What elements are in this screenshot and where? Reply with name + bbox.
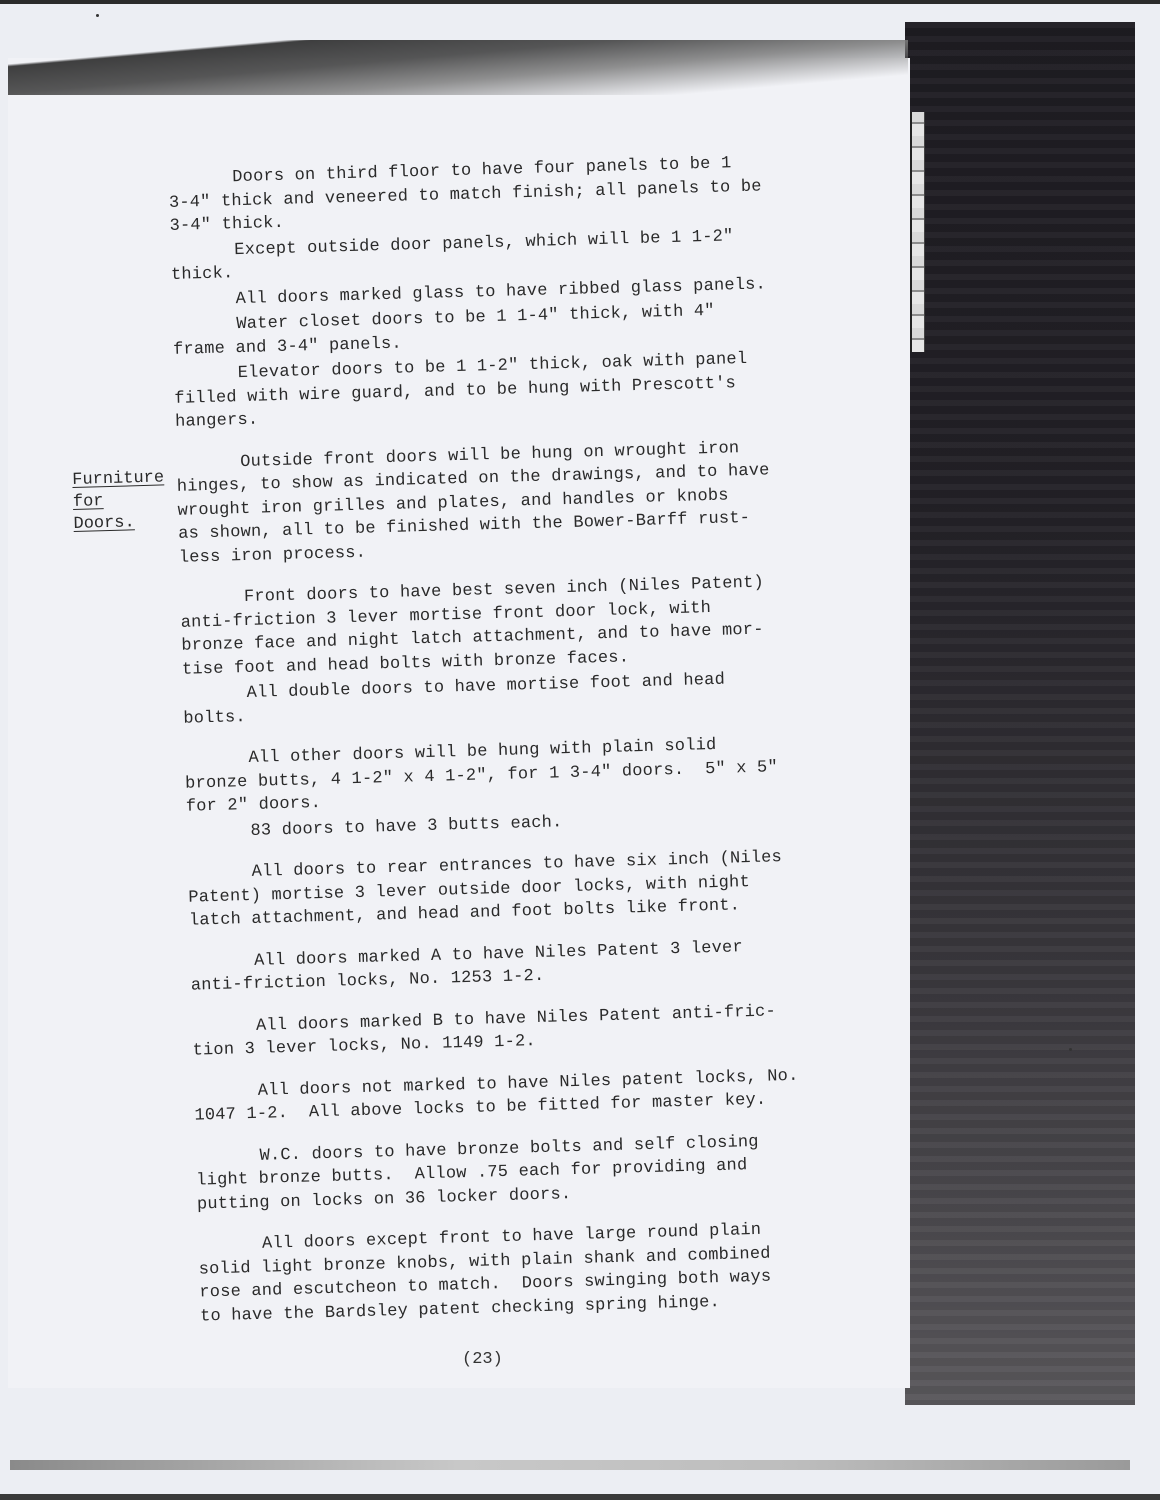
margin-heading-line: for [73,489,165,514]
paragraph-front-doors-lock: Front doors to have best seven inch (Nil… [180,568,882,682]
paragraph-marked-b: All doors marked B to have Niles Patent … [192,997,893,1064]
document-body: Doors on third floor to have four panels… [168,148,901,1346]
scan-edge-shadow [8,40,908,95]
paragraph-outside-front: Outside front doors will be hung on wrou… [176,433,879,570]
paragraph-wc-doors: W.C. doors to have bronze bolts and self… [195,1127,897,1217]
scan-speck [1069,1048,1072,1051]
scan-frame-bottom [0,1494,1160,1500]
paragraph-not-marked: All doors not marked to have Niles paten… [194,1062,895,1129]
paragraph-marked-a: All doors marked A to have Niles Patent … [190,932,891,999]
scan-speck [96,14,99,17]
page-number: (23) [462,1350,503,1369]
scan-edge-shadow-bottom [10,1460,1130,1470]
paragraph-rear-entrances: All doors to rear entrances to have six … [187,843,889,933]
margin-heading: Furniture for Doors. [72,467,166,536]
scanner-background [905,22,1135,1405]
paragraph-knobs: All doors except front to have large rou… [198,1215,900,1329]
margin-heading-line: Furniture [72,467,164,492]
margin-heading-line: Doors. [73,511,165,536]
scan-frame-top [0,0,1160,4]
torn-binding-edge [910,112,925,352]
